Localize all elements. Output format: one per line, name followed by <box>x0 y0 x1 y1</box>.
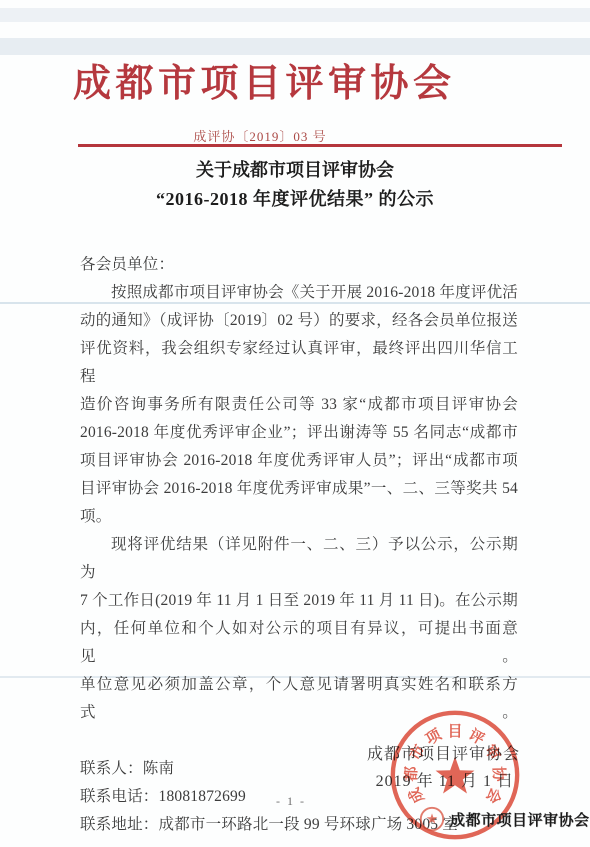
watermark-emblem-icon <box>418 805 446 833</box>
svg-text:审: 审 <box>481 741 504 763</box>
svg-text:都: 都 <box>403 765 420 782</box>
svg-text:协: 协 <box>490 766 507 782</box>
document-title-line-2: “2016-2018 年度评优结果” 的公示 <box>0 185 590 214</box>
body-text-line: 各会员单位： <box>80 251 518 279</box>
scan-artifact-band <box>0 8 590 22</box>
document-title-line-1: 关于成都市项目评审协会 <box>0 156 590 185</box>
body-text-line: 项。 <box>80 503 518 531</box>
body-text-line: 内，任何单位和个人如对公示的项目有异议，可提出书面意见。 <box>80 615 518 671</box>
document-number: 成评协〔2019〕03 号 <box>0 126 555 145</box>
masthead-rule <box>78 144 562 147</box>
document-title: 关于成都市项目评审协会 “2016-2018 年度评优结果” 的公示 <box>0 156 590 214</box>
body-text-line: 项目评审协会 2016-2018 年度优秀评审人员”；评出“成都市项 <box>80 447 518 475</box>
organization-masthead: 成都市项目评审协会 <box>73 60 451 108</box>
watermark-logo: 成都市项目评审协会 <box>418 804 590 834</box>
body-text-line: 目评审协会 2016-2018 年度优秀评审成果”一、二、三等奖共 54 <box>80 475 518 503</box>
svg-text:成: 成 <box>406 785 428 806</box>
body-text-line: 现将评优结果（详见附件一、二、三）予以公示，公示期为 <box>80 531 518 587</box>
svg-text:评: 评 <box>466 725 488 748</box>
body-text-line: 7 个工作日(2019 年 11 月 1 日至 2019 年 11 月 11 日… <box>80 587 518 615</box>
body-text-line: 2016-2018 年度优秀评审企业”；评出谢涛等 55 名同志“成都市 <box>80 419 518 447</box>
body-text-line: 造价咨询事务所有限责任公司等 33 家“成都市项目评审协会 <box>80 391 518 419</box>
document-page: 成都市项目评审协会 成评协〔2019〕03 号 关于成都市项目评审协会 “201… <box>0 0 590 847</box>
body-text-line: 按照成都市项目评审协会《关于开展 2016-2018 年度评优活 <box>80 279 518 307</box>
body-text-line: 评优资料，我会组织专家经过认真评审，最终评出四川华信工程 <box>80 335 518 391</box>
scan-artifact-band <box>0 38 590 55</box>
svg-text:目: 目 <box>447 723 462 740</box>
body-text-line: 动的通知》（成评协〔2019〕02 号）的要求，经各会员单位报送 <box>80 307 518 335</box>
seal-star-icon <box>436 757 475 794</box>
svg-text:市: 市 <box>406 741 429 763</box>
svg-text:项: 项 <box>423 726 445 749</box>
watermark-label: 成都市项目评审协会 <box>450 809 590 830</box>
